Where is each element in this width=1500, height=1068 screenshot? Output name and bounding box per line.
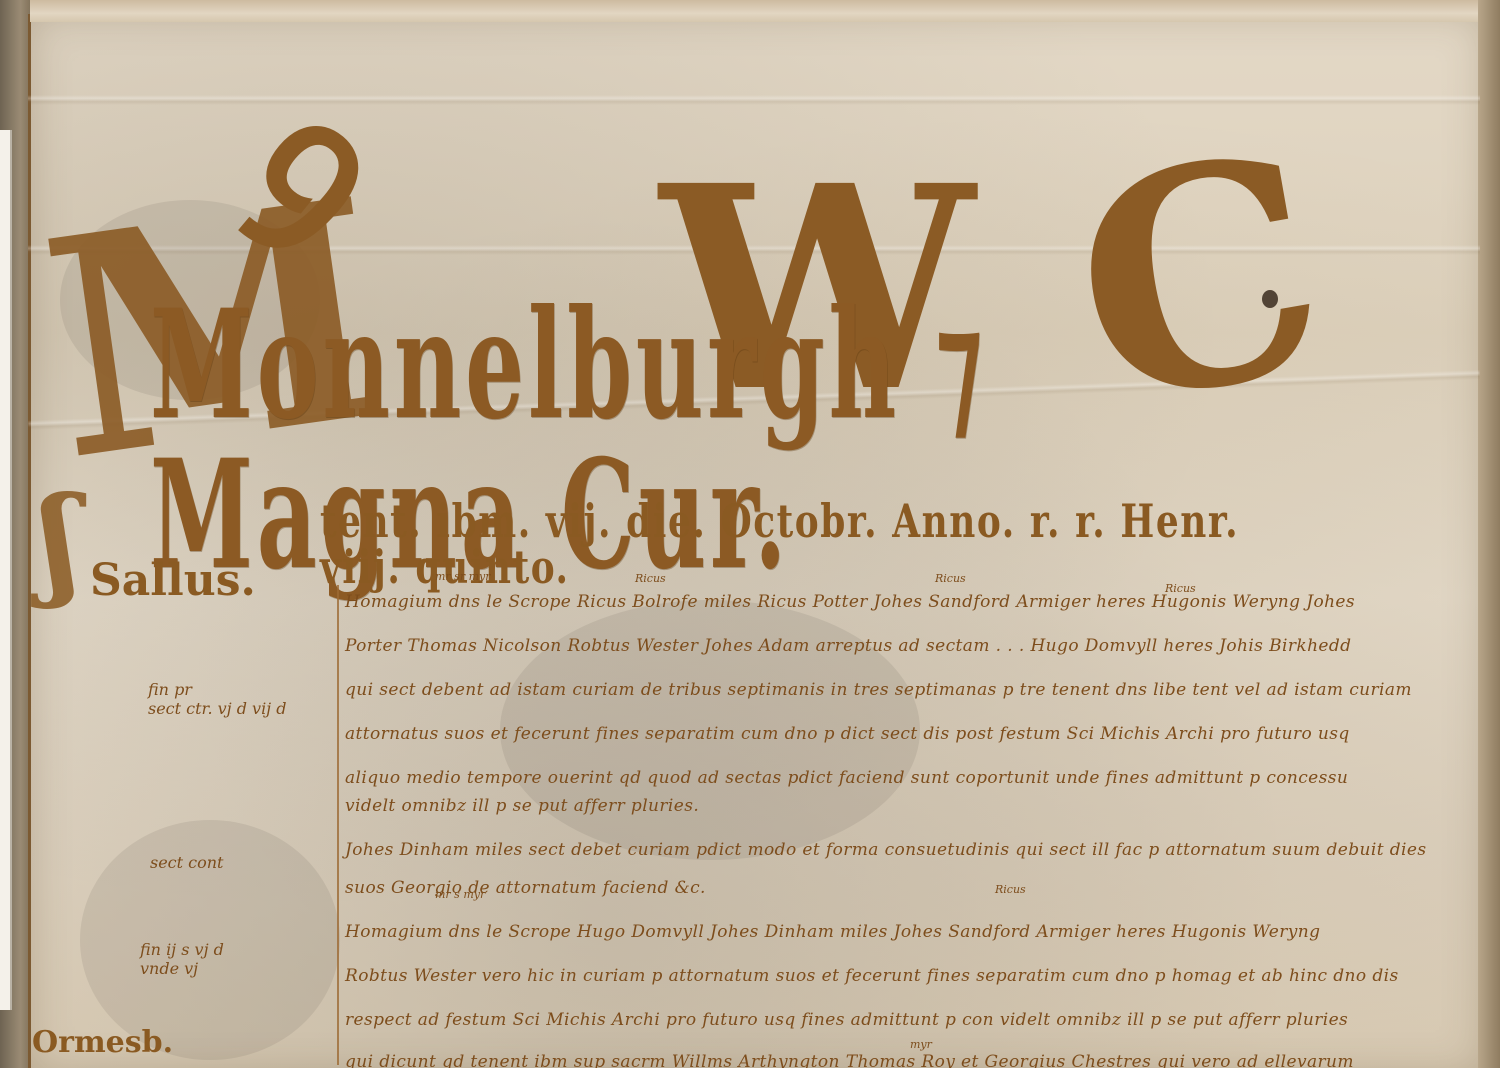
text-line: Robtus Wester vero hic in curiam p attor… [345, 966, 1399, 986]
interlinear-gloss: Ricus [935, 572, 966, 585]
margin-rule [337, 585, 339, 1065]
margin-section-title: Sallus. [90, 555, 256, 606]
text-line: Homagium dns le Scrope Ricus Bolrofe mil… [345, 592, 1355, 612]
top-fold [30, 0, 1500, 22]
text-line: videlt omnibz ill p se put afferr plurie… [345, 796, 699, 816]
text-line: Porter Thomas Nicolson Robtus Wester Joh… [345, 636, 1351, 656]
interlinear-gloss: Ricus [635, 572, 666, 585]
margin-note: fin pr sect ctr. vj d vij d [148, 680, 286, 718]
margin-note: sect cont [150, 853, 223, 872]
right-edge [1478, 0, 1500, 1068]
text-line: qui dicunt qd tenent ibm sup sacrm Willm… [345, 1052, 1354, 1068]
mount-card [0, 130, 12, 1010]
margin-flourish-s: ʃ [40, 470, 80, 611]
text-line: aliquo medio tempore ouerint qd quod ad … [345, 768, 1348, 788]
text-line: suos Georgio de attornatum faciend &c. [345, 878, 706, 898]
text-line: qui sect debent ad istam curiam de tribu… [345, 680, 1412, 700]
margin-note: fin ij s vj d vnde vj [140, 940, 224, 978]
interlinear-gloss: mr s myr [435, 888, 485, 901]
initial-flourish-c: C [1056, 112, 1343, 449]
interlinear-gloss: Ricus [1165, 582, 1196, 595]
text-line: Homagium dns le Scrope Hugo Domvyll Johe… [345, 922, 1320, 942]
interlinear-gloss: myr [910, 1038, 932, 1051]
text-line: respect ad festum Sci Michis Archi pro f… [345, 1010, 1348, 1030]
margin-footer-word: Ormesb. [32, 1025, 173, 1060]
text-line: Johes Dinham miles sect debet curiam pdi… [345, 840, 1426, 860]
interlinear-gloss: mr sr myr [435, 570, 491, 583]
text-line: attornatus suos et fecerunt fines separa… [345, 724, 1350, 744]
interlinear-gloss: Ricus [995, 883, 1026, 896]
